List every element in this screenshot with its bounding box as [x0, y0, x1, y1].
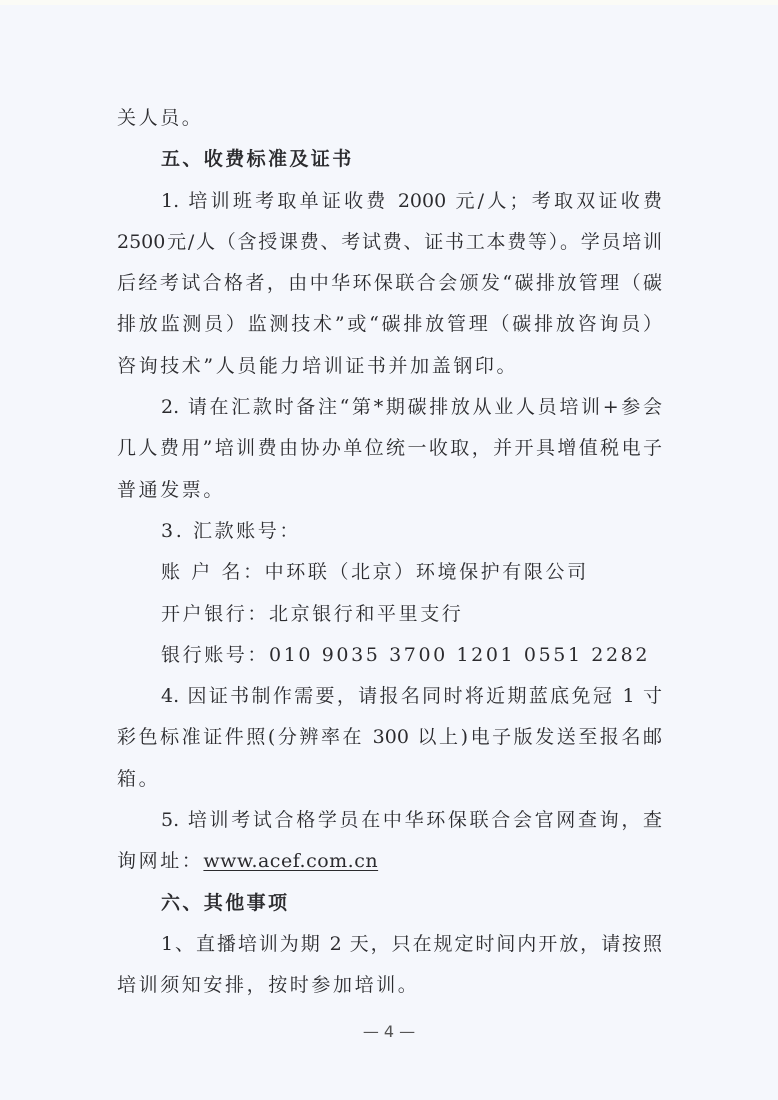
text-line: 培训须知安排，按时参加培训。	[117, 965, 662, 1006]
section-heading-fees: 五、收费标准及证书	[117, 139, 662, 180]
text-line: 咨询技术”人员能力培训证书并加盖钢印。	[117, 346, 662, 387]
account-name: 账 户 名：中环联（北京）环境保护有限公司	[117, 552, 662, 593]
text-line: 排放监测员）监测技术”或“碳排放管理（碳排放咨询员）	[117, 304, 662, 345]
document-page: 关人员。 五、收费标准及证书 1. 培训班考取单证收费 2000 元/人；考取双…	[117, 98, 662, 1007]
text-line: 箱。	[117, 759, 662, 800]
section-heading-other: 六、其他事项	[117, 883, 662, 924]
url-line: 询网址：www.acef.com.cn	[117, 841, 662, 882]
text-line: 彩色标准证件照(分辨率在 300 以上)电子版发送至报名邮	[117, 717, 662, 758]
url-label: 询网址：	[117, 850, 203, 872]
scan-top-edge	[0, 0, 778, 5]
bank-name: 开户银行：北京银行和平里支行	[117, 594, 662, 635]
fee-item-5: 5. 培训考试合格学员在中华环保联合会官网查询，查	[117, 800, 662, 841]
text-line: 普通发票。	[117, 470, 662, 511]
fee-item-3: 3. 汇款账号：	[117, 511, 662, 552]
fee-item-4: 4. 因证书制作需要，请报名同时将近期蓝底免冠 1 寸	[117, 676, 662, 717]
other-item-1: 1、直播培训为期 2 天，只在规定时间内开放，请按照	[117, 924, 662, 965]
bank-account-number: 银行账号：010 9035 3700 1201 0551 2282	[117, 635, 662, 676]
text-line: 后经考试合格者，由中华环保联合会颁发“碳排放管理（碳	[117, 263, 662, 304]
website-link[interactable]: www.acef.com.cn	[203, 850, 378, 872]
page-number: — 4 —	[0, 1022, 778, 1041]
text-line: 关人员。	[117, 98, 662, 139]
text-line: 几人费用”培训费由协办单位统一收取，并开具增值税电子	[117, 428, 662, 469]
fee-item-1: 1. 培训班考取单证收费 2000 元/人；考取双证收费	[117, 181, 662, 222]
text-line: 2500元/人（含授课费、考试费、证书工本费等）。学员培训	[117, 222, 662, 263]
fee-item-2: 2. 请在汇款时备注“第*期碳排放从业人员培训+参会	[117, 387, 662, 428]
